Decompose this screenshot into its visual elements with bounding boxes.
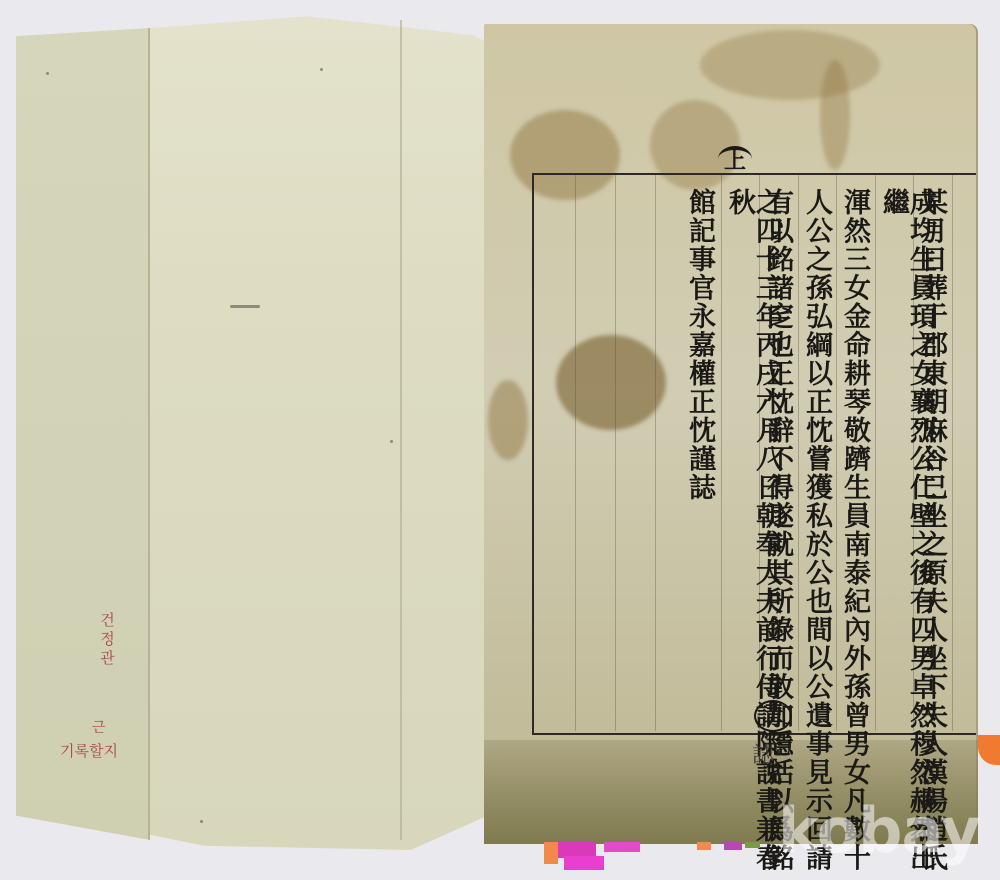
column-rule — [615, 175, 616, 731]
left-page-fold-flap — [16, 28, 150, 840]
text-column-2: 成均生員頊之女襄烈公仁壁之後有四男卓然穆然赫然出繼 — [880, 188, 934, 880]
column-rule — [575, 175, 576, 731]
water-stain — [488, 380, 528, 460]
column-rule — [655, 175, 656, 731]
text-column-4: 人公之孫弘綱以正忱嘗獲私於公也間以公遺事見示回請 — [803, 188, 830, 872]
column-rule — [721, 175, 722, 731]
paper-speck — [46, 72, 49, 75]
kobay-watermark: kobay — [778, 800, 980, 862]
water-stain — [820, 60, 850, 170]
column-rule — [952, 175, 953, 731]
korean-note-vertical: 건정관 — [98, 612, 116, 669]
top-mark: 上 — [718, 146, 752, 172]
sticky-tab — [697, 842, 711, 850]
column-rule — [875, 175, 876, 731]
korean-note-label: 기록할지 — [60, 742, 118, 760]
column-rule — [836, 175, 837, 731]
sticky-tab — [604, 842, 640, 852]
column-rule — [798, 175, 799, 731]
text-column-3: 渾然三女金命耕琴敬躋生員南泰紀內外孫曾男女凡數十 — [841, 188, 868, 872]
photo-scene: 건정관 근 기록할지 上 某月日葬于郡東胡麻谷巳坐之原夫人坐下夫人漢陽趙氏 成均… — [0, 0, 1000, 880]
footer-character: 誌 — [752, 738, 774, 769]
sticky-tab — [544, 842, 558, 864]
sticky-tab — [564, 856, 604, 870]
text-column-7: 館記事官永嘉權正忱謹誌 — [686, 188, 713, 502]
text-column-6: 之四十三年丙戌六月八日朝奉大夫前行侍講院說書兼春秋 — [726, 188, 780, 880]
paper-speck — [320, 68, 323, 71]
paper-speck — [390, 440, 393, 443]
paper-speck — [200, 820, 203, 823]
circled-character-mark — [754, 700, 792, 732]
water-stain — [700, 30, 880, 100]
page-crease — [400, 20, 402, 840]
sticky-tab — [724, 842, 742, 850]
sticky-tab — [978, 735, 1000, 765]
korean-note-small: 근 — [92, 720, 106, 737]
sticky-tab — [745, 842, 760, 848]
paper-speck — [230, 305, 260, 308]
